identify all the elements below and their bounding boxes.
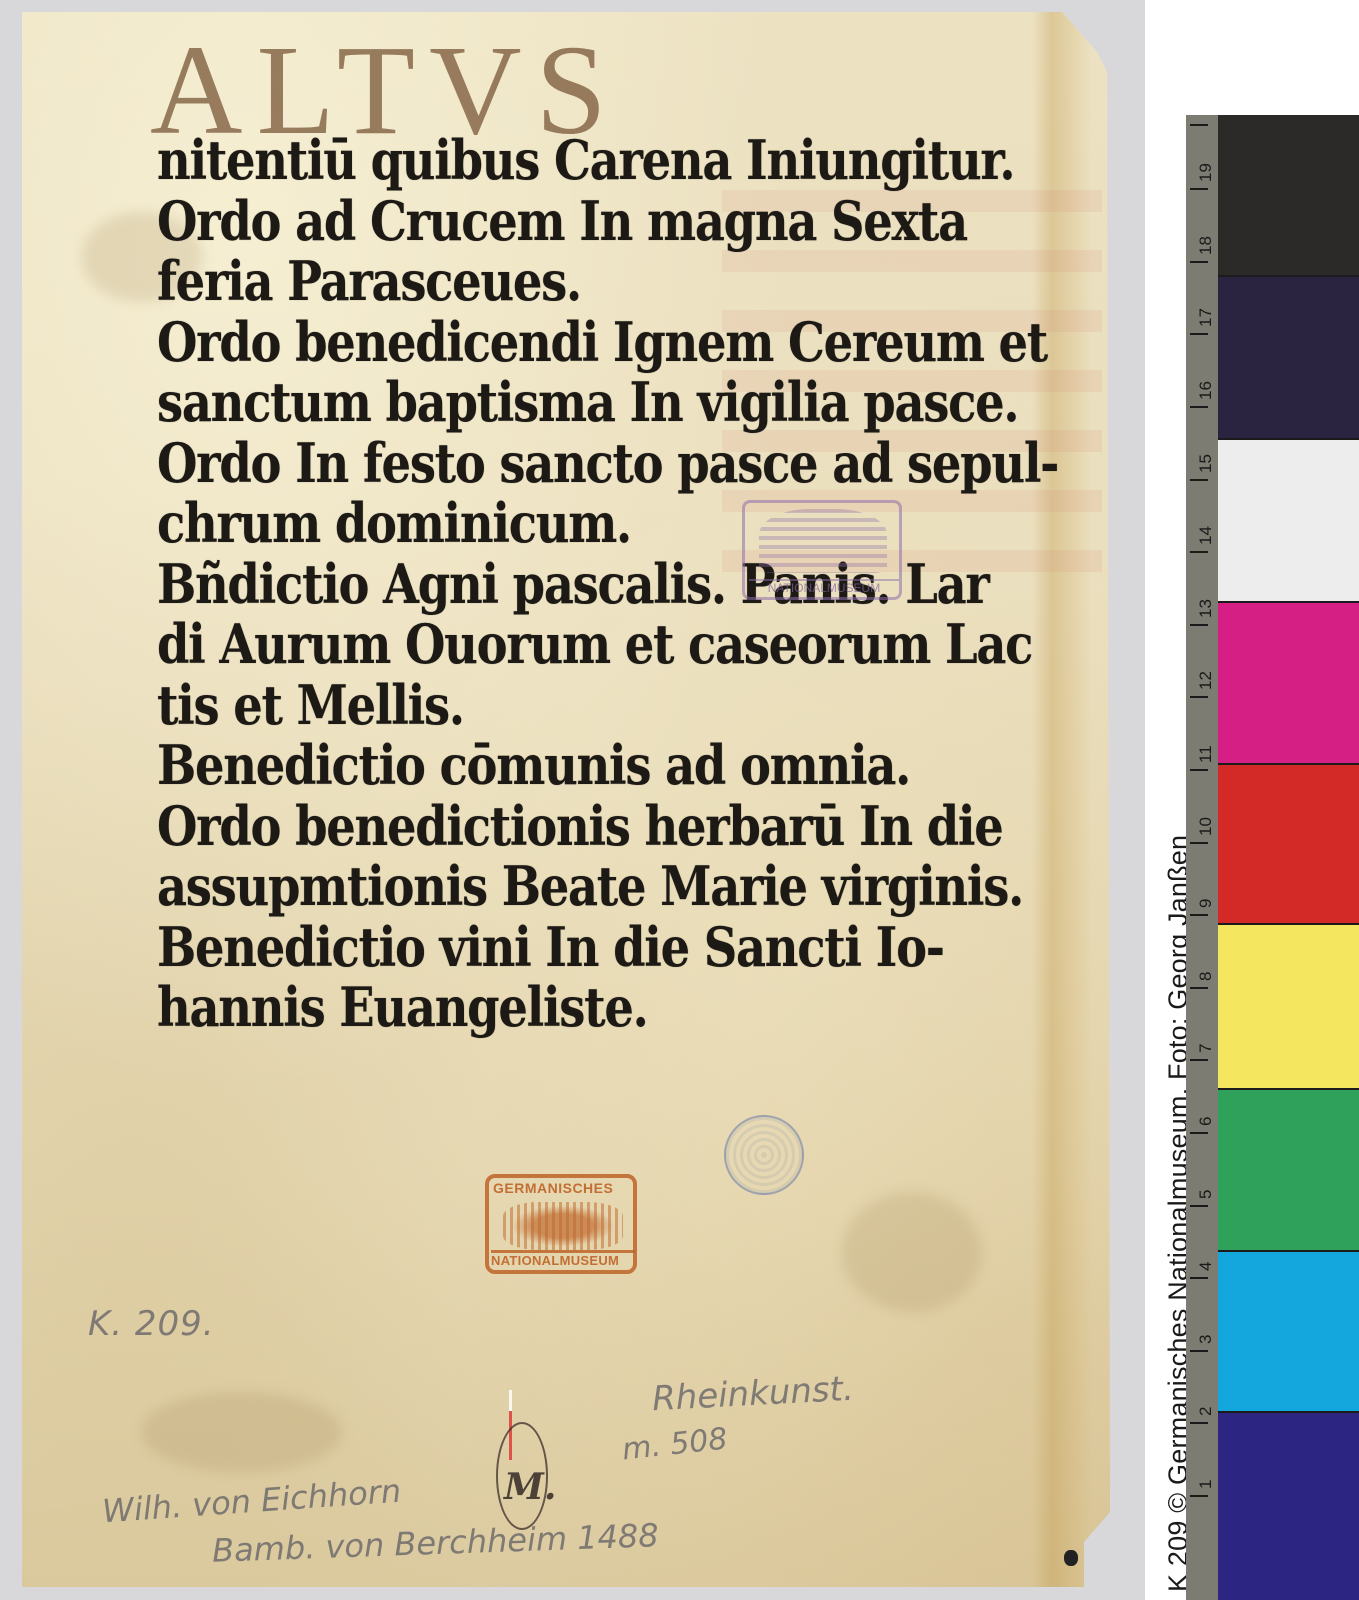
ruler-tick bbox=[1190, 551, 1208, 553]
ruler-tick-label: 7 bbox=[1196, 1044, 1216, 1053]
ruler-tick bbox=[1190, 188, 1208, 190]
ruler-tick bbox=[1190, 1132, 1208, 1134]
text-line: Ordo ad Crucem In magna Sexta bbox=[157, 191, 983, 252]
monogram-letter: M. bbox=[504, 1466, 556, 1508]
eagle-icon bbox=[503, 1202, 623, 1250]
text-line: feria Parasceues. bbox=[157, 251, 983, 312]
stain-spot bbox=[842, 1192, 982, 1312]
stain-spot bbox=[142, 1392, 342, 1472]
ruler-tick-label: 19 bbox=[1196, 163, 1216, 182]
ruler-tick-label: 10 bbox=[1196, 817, 1216, 836]
text-line: Ordo benedicendi Ignem Cereum et bbox=[157, 312, 983, 373]
ruler-tick-label: 13 bbox=[1196, 599, 1216, 618]
ruler-tick bbox=[1190, 479, 1208, 481]
color-patch-green bbox=[1218, 1090, 1359, 1252]
text-line: sanctum baptisma In vigilia pasce. bbox=[157, 372, 983, 433]
ruler-tick bbox=[1190, 769, 1208, 771]
ruler-tick-label: 17 bbox=[1196, 308, 1216, 327]
blue-circular-stamp bbox=[724, 1115, 804, 1195]
ruler-tick bbox=[1190, 1422, 1208, 1424]
color-patch-blue bbox=[1218, 1413, 1359, 1600]
ruler-tick-label: 11 bbox=[1196, 745, 1216, 763]
ruler-tick bbox=[1190, 1350, 1208, 1352]
ruler-tick-label: 8 bbox=[1196, 971, 1216, 980]
color-patch-white bbox=[1218, 440, 1359, 603]
centimeter-ruler: 12345678910111213141516171819 bbox=[1186, 115, 1218, 1600]
stamp-label-bottom: NATIONALMUSEUM bbox=[491, 1250, 635, 1268]
ruler-tick bbox=[1190, 624, 1208, 626]
oval-monogram-stamp: M. bbox=[496, 1422, 548, 1530]
color-patch-magenta bbox=[1218, 603, 1359, 765]
ruler-tick-label: 3 bbox=[1196, 1334, 1216, 1343]
ruler-tick bbox=[1190, 124, 1208, 126]
ruler-tick-label: 15 bbox=[1196, 454, 1216, 473]
color-patch-cyan bbox=[1218, 1252, 1359, 1413]
color-patch-dark-grey bbox=[1218, 115, 1359, 277]
ruler-tick-label: 1 bbox=[1196, 1480, 1216, 1489]
text-line: Benedictio vini In die Sancti Io- bbox=[157, 917, 983, 978]
eagle-icon bbox=[759, 509, 887, 573]
color-patch-red bbox=[1218, 765, 1359, 925]
stamp-label-top: GERMANISCHES bbox=[493, 1180, 613, 1196]
color-patch-yellow bbox=[1218, 925, 1359, 1090]
provenance-annotation-line1: Wilh. von Eichhorn bbox=[101, 1472, 402, 1531]
ruler-tick-label: 12 bbox=[1196, 671, 1216, 690]
ruler-tick bbox=[1190, 696, 1208, 698]
text-line: tis et Mellis. bbox=[157, 675, 983, 736]
parchment-page: ALTVS nitentiū quibus Carena Iniungitur.… bbox=[22, 12, 1122, 1587]
text-line: Ordo In festo sancto pasce ad sepul- bbox=[157, 433, 983, 494]
ruler-tick-label: 14 bbox=[1196, 526, 1216, 545]
ruler-tick-label: 5 bbox=[1196, 1189, 1216, 1198]
ruler-tick bbox=[1190, 987, 1208, 989]
orange-museum-stamp: GERMANISCHES NATIONALMUSEUM bbox=[485, 1174, 637, 1274]
text-line: hannis Euangeliste. bbox=[157, 977, 983, 1038]
violet-museum-stamp: NATIONALMUSEUM bbox=[742, 500, 902, 600]
ruler-tick-label: 6 bbox=[1196, 1117, 1216, 1126]
text-line: assupmtionis Beate Marie virginis. bbox=[157, 856, 983, 917]
ink-blots bbox=[1064, 1550, 1124, 1570]
ruler-tick bbox=[1190, 1059, 1208, 1061]
provenance-annotation-line2: Bamb. von Berchheim 1488 bbox=[211, 1516, 659, 1570]
number-annotation: m. 508 bbox=[620, 1422, 729, 1468]
ruler-tick-label: 9 bbox=[1196, 899, 1216, 908]
text-line: di Aurum Ouorum et caseorum Lac bbox=[157, 614, 983, 675]
stamp-label: NATIONALMUSEUM bbox=[749, 579, 899, 595]
ruler-tick-label: 2 bbox=[1196, 1407, 1216, 1416]
ruler-tick bbox=[1190, 261, 1208, 263]
text-line: Benedictio cōmunis ad omnia. bbox=[157, 735, 983, 796]
text-line: Ordo benedictionis herbarū In die bbox=[157, 796, 983, 857]
ruler-tick bbox=[1190, 1495, 1208, 1497]
ruler-tick bbox=[1190, 1205, 1208, 1207]
ruler-tick bbox=[1190, 333, 1208, 335]
ruler-tick bbox=[1190, 842, 1208, 844]
ruler-tick bbox=[1190, 1277, 1208, 1279]
color-patch-dark-purple bbox=[1218, 277, 1359, 440]
ruler-tick-label: 4 bbox=[1196, 1262, 1216, 1271]
ruler-tick-label: 18 bbox=[1196, 236, 1216, 255]
printed-text-block: nitentiū quibus Carena Iniungitur. Ordo … bbox=[157, 130, 1117, 1038]
ruler-tick bbox=[1190, 914, 1208, 916]
ruler-tick-label: 16 bbox=[1196, 381, 1216, 400]
color-calibration-strip bbox=[1218, 115, 1359, 1600]
signature-annotation: Rheinkunst. bbox=[651, 1369, 855, 1420]
inventory-number-annotation: K. 209. bbox=[88, 1304, 215, 1344]
text-line: nitentiū quibus Carena Iniungitur. bbox=[157, 130, 983, 191]
ruler-tick bbox=[1190, 406, 1208, 408]
